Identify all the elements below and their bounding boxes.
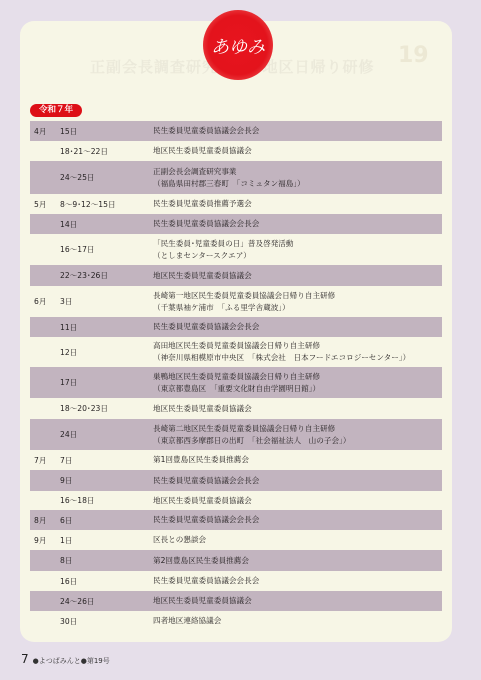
table-row: 9月1日区長との懇談会 [30, 530, 442, 550]
table-row: 4月15日民生委員児童委員協議会会長会 [30, 121, 442, 141]
table-row: 5月8～9･12～15日民生委員児童委員推薦予選会 [30, 194, 442, 214]
event-line: 正副会長会調査研究事業 [153, 166, 305, 178]
day-cell: 17日 [60, 377, 77, 388]
day-cell: 8～9･12～15日 [60, 199, 116, 210]
event-line: （神奈川県相模原市中央区 「株式会社 日本フードエコロジーセンター」） [153, 352, 410, 364]
event-cell: 長崎第一地区民生委員児童委員協議会日帰り自主研修（千葉県袖ケ浦市 「ふる里学舎蔵… [153, 290, 335, 314]
day-cell: 30日 [60, 616, 77, 627]
day-cell: 18～20･23日 [60, 403, 108, 414]
event-line: 民生委員児童委員協議会会長会 [153, 514, 259, 526]
event-cell: 民生委員児童委員協議会会長会 [153, 575, 259, 587]
table-row: 17日巣鴨地区民生委員児童委員協議会日帰り自主研修（東京都豊島区 「重要文化財自… [30, 367, 442, 398]
event-line: （東京都西多摩郡日の出町 「社会福祉法人 山の子会」） [153, 435, 350, 447]
event-cell: 第1回豊島区民生委員推薦会 [153, 454, 249, 466]
event-line: 地区民生委員児童委員協議会 [153, 495, 252, 507]
event-cell: 第2回豊島区民生委員推薦会 [153, 555, 249, 567]
table-row: 24日長崎第二地区民生委員児童委員協議会日帰り自主研修（東京都西多摩郡日の出町 … [30, 419, 442, 450]
event-line: 長崎第一地区民生委員児童委員協議会日帰り自主研修 [153, 290, 335, 302]
table-row: 24～25日正副会長会調査研究事業（福島県田村郡三春町 「コミュタン福島」） [30, 161, 442, 194]
day-cell: 8日 [60, 555, 72, 566]
event-cell: 民生委員児童委員協議会会長会 [153, 125, 259, 137]
day-cell: 16～18日 [60, 495, 95, 506]
event-line: （東京都豊島区 「重要文化財自由学園明日館」） [153, 383, 320, 395]
month-cell: 6月 [34, 296, 46, 307]
month-cell: 8月 [34, 515, 46, 526]
event-line: （としまセンタースクエア） [153, 250, 293, 262]
event-line: 高田地区民生委員児童委員協議会日帰り自主研修 [153, 340, 410, 352]
event-line: 四者地区連絡協議会 [153, 615, 221, 627]
event-cell: 地区民生委員児童委員協議会 [153, 145, 252, 157]
event-line: 区長との懇談会 [153, 534, 206, 546]
event-line: 第2回豊島区民生委員推薦会 [153, 555, 249, 567]
day-cell: 18･21～22日 [60, 146, 108, 157]
publication-name: ●よつばみんと●第19号 [33, 656, 110, 666]
day-cell: 7日 [60, 455, 72, 466]
table-row: 18･21～22日地区民生委員児童委員協議会 [30, 141, 442, 161]
day-cell: 24日 [60, 429, 77, 440]
table-row: 30日四者地区連絡協議会 [30, 611, 442, 631]
day-cell: 1日 [60, 535, 72, 546]
event-line: 民生委員児童委員協議会会長会 [153, 475, 259, 487]
page-footer: 7 ●よつばみんと●第19号 [21, 652, 110, 666]
event-cell: 高田地区民生委員児童委員協議会日帰り自主研修（神奈川県相模原市中央区 「株式会社… [153, 340, 410, 364]
event-cell: 四者地区連絡協議会 [153, 615, 221, 627]
day-cell: 16日 [60, 576, 77, 587]
year-badge: 令和７年 [30, 104, 82, 117]
table-row: 14日民生委員児童委員協議会会長会 [30, 214, 442, 234]
table-row: 22～23･26日地区民生委員児童委員協議会 [30, 265, 442, 286]
table-row: 16～18日地区民生委員児童委員協議会 [30, 491, 442, 510]
table-row: 24～26日地区民生委員児童委員協議会 [30, 591, 442, 611]
table-row: 6月3日長崎第一地区民生委員児童委員協議会日帰り自主研修（千葉県袖ケ浦市 「ふる… [30, 286, 442, 317]
day-cell: 24～26日 [60, 596, 95, 607]
event-line: 第1回豊島区民生委員推薦会 [153, 454, 249, 466]
event-line: 地区民生委員児童委員協議会 [153, 145, 252, 157]
event-line: （千葉県袖ケ浦市 「ふる里学舎蔵波」） [153, 302, 335, 314]
event-line: 「民生委員･児童委員の日」普及啓発活動 [153, 238, 293, 250]
table-row: 9日民生委員児童委員協議会会長会 [30, 470, 442, 491]
event-cell: 民生委員児童委員協議会会長会 [153, 218, 259, 230]
day-cell: 22～23･26日 [60, 270, 108, 281]
day-cell: 14日 [60, 219, 77, 230]
table-row: 8日第2回豊島区民生委員推薦会 [30, 550, 442, 571]
day-cell: 6日 [60, 515, 72, 526]
section-title: あゆみ [211, 33, 265, 59]
day-cell: 15日 [60, 126, 77, 137]
event-line: 民生委員児童委員協議会会長会 [153, 321, 259, 333]
table-row: 8月6日民生委員児童委員協議会会長会 [30, 510, 442, 530]
event-cell: 巣鴨地区民生委員児童委員協議会日帰り自主研修（東京都豊島区 「重要文化財自由学園… [153, 371, 320, 395]
event-cell: 民生委員児童委員協議会会長会 [153, 475, 259, 487]
month-cell: 7月 [34, 455, 46, 466]
table-row: 11日民生委員児童委員協議会会長会 [30, 317, 442, 337]
event-line: 民生委員児童委員協議会会長会 [153, 218, 259, 230]
event-cell: 正副会長会調査研究事業（福島県田村郡三春町 「コミュタン福島」） [153, 166, 305, 190]
event-line: （福島県田村郡三春町 「コミュタン福島」） [153, 178, 305, 190]
day-cell: 11日 [60, 322, 77, 333]
event-cell: 長崎第二地区民生委員児童委員協議会日帰り自主研修（東京都西多摩郡日の出町 「社会… [153, 423, 350, 447]
table-row: 16～17日「民生委員･児童委員の日」普及啓発活動（としまセンタースクエア） [30, 234, 442, 265]
event-line: 地区民生委員児童委員協議会 [153, 403, 252, 415]
event-line: 民生委員児童委員推薦予選会 [153, 198, 252, 210]
event-cell: 「民生委員･児童委員の日」普及啓発活動（としまセンタースクエア） [153, 238, 293, 262]
background-ghost-issue: 19 [398, 43, 429, 68]
table-row: 18～20･23日地区民生委員児童委員協議会 [30, 398, 442, 419]
event-cell: 民生委員児童委員推薦予選会 [153, 198, 252, 210]
month-cell: 5月 [34, 199, 46, 210]
event-cell: 区長との懇談会 [153, 534, 206, 546]
event-line: 民生委員児童委員協議会会長会 [153, 125, 259, 137]
page-number: 7 [21, 652, 29, 666]
table-row: 12日高田地区民生委員児童委員協議会日帰り自主研修（神奈川県相模原市中央区 「株… [30, 337, 442, 367]
event-cell: 民生委員児童委員協議会会長会 [153, 514, 259, 526]
event-line: 地区民生委員児童委員協議会 [153, 595, 252, 607]
event-cell: 地区民生委員児童委員協議会 [153, 403, 252, 415]
day-cell: 9日 [60, 475, 72, 486]
month-cell: 9月 [34, 535, 46, 546]
day-cell: 16～17日 [60, 244, 95, 255]
event-cell: 地区民生委員児童委員協議会 [153, 595, 252, 607]
event-line: 長崎第二地区民生委員児童委員協議会日帰り自主研修 [153, 423, 350, 435]
section-title-circle: あゆみ [203, 10, 273, 80]
day-cell: 12日 [60, 347, 77, 358]
event-line: 民生委員児童委員協議会会長会 [153, 575, 259, 587]
event-line: 地区民生委員児童委員協議会 [153, 270, 252, 282]
event-cell: 地区民生委員児童委員協議会 [153, 495, 252, 507]
month-cell: 4月 [34, 126, 46, 137]
day-cell: 24～25日 [60, 172, 95, 183]
table-row: 7月7日第1回豊島区民生委員推薦会 [30, 450, 442, 470]
event-cell: 地区民生委員児童委員協議会 [153, 270, 252, 282]
table-row: 16日民生委員児童委員協議会会長会 [30, 571, 442, 591]
day-cell: 3日 [60, 296, 72, 307]
event-line: 巣鴨地区民生委員児童委員協議会日帰り自主研修 [153, 371, 320, 383]
event-cell: 民生委員児童委員協議会会長会 [153, 321, 259, 333]
